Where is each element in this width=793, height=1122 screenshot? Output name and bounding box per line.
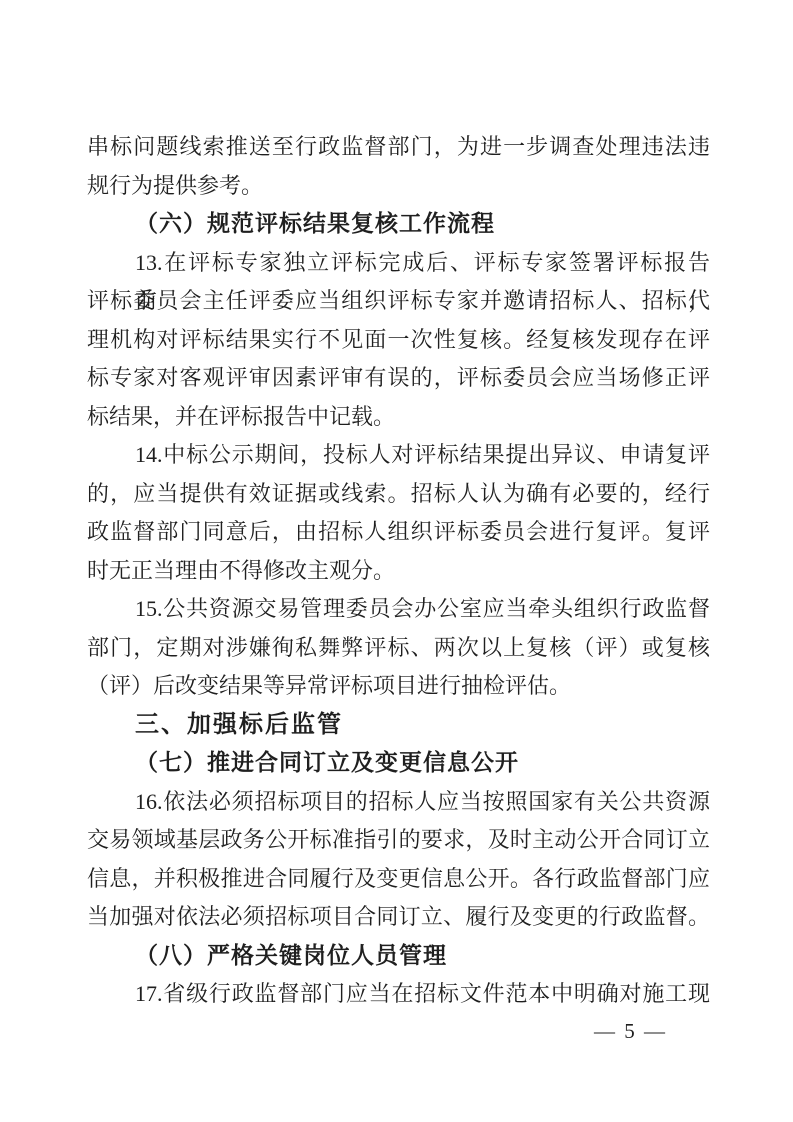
paragraph: 15.公共资源交易管理委员会办公室应当牵头组织行政监督部门，定期对涉嫌徇私舞弊评… [87, 590, 710, 706]
document-page: 串标问题线索推送至行政监督部门，为进一步调查处理违法违规行为提供参考。（六）规范… [0, 0, 793, 1122]
paragraph-line: 政监督部门同意后，由招标人组织评标委员会进行复评。复评 [87, 513, 710, 552]
paragraph: 17.省级行政监督部门应当在招标文件范本中明确对施工现 [87, 975, 710, 1014]
paragraph-line: 评标委员会主任评委应当组织评标专家并邀请招标人、招标代 [87, 282, 710, 321]
paragraph-line: 标结果，并在评标报告中记载。 [87, 398, 710, 437]
paragraph-line: 理机构对评标结果实行不见面一次性复核。经复核发现存在评 [87, 321, 710, 360]
paragraph-line: （评）后改变结果等异常评标项目进行抽检评估。 [87, 667, 710, 706]
page-number: — 5 — [594, 1012, 667, 1051]
paragraph-line: 当加强对依法必须招标项目合同订立、履行及变更的行政监督。 [87, 898, 710, 937]
paragraph-line: 时无正当理由不得修改主观分。 [87, 552, 710, 591]
paragraph: 14.中标公示期间，投标人对评标结果提出异议、申请复评的，应当提供有效证据或线索… [87, 436, 710, 590]
paragraph-line: 16.依法必须招标项目的招标人应当按照国家有关公共资源 [87, 783, 710, 822]
paragraph-line: 规行为提供参考。 [87, 167, 710, 206]
paragraph-line: 14.中标公示期间，投标人对评标结果提出异议、申请复评 [87, 436, 710, 475]
paragraph-line: 17.省级行政监督部门应当在招标文件范本中明确对施工现 [87, 975, 710, 1014]
subsection-heading: （七）推进合同订立及变更信息公开 [87, 744, 710, 783]
subsection-heading: （六）规范评标结果复核工作流程 [87, 205, 710, 244]
paragraph: 13.在评标专家独立评标完成后、评标专家签署评标报告前，评标委员会主任评委应当组… [87, 244, 710, 437]
paragraph-line: 信息，并积极推进合同履行及变更信息公开。各行政监督部门应 [87, 860, 710, 899]
subsection-heading: （八）严格关键岗位人员管理 [87, 937, 710, 976]
paragraph: 16.依法必须招标项目的招标人应当按照国家有关公共资源交易领域基层政务公开标准指… [87, 783, 710, 937]
paragraph-line: 串标问题线索推送至行政监督部门，为进一步调查处理违法违 [87, 128, 710, 167]
paragraph: 串标问题线索推送至行政监督部门，为进一步调查处理违法违规行为提供参考。 [87, 128, 710, 205]
paragraph-line: 部门，定期对涉嫌徇私舞弊评标、两次以上复核（评）或复核 [87, 629, 710, 668]
page-body: 串标问题线索推送至行政监督部门，为进一步调查处理违法违规行为提供参考。（六）规范… [87, 128, 710, 1014]
paragraph-line: 13.在评标专家独立评标完成后、评标专家签署评标报告前， [87, 244, 710, 283]
paragraph-line: 标专家对客观评审因素评审有误的，评标委员会应当场修正评 [87, 359, 710, 398]
paragraph-line: 15.公共资源交易管理委员会办公室应当牵头组织行政监督 [87, 590, 710, 629]
paragraph-line: 的，应当提供有效证据或线索。招标人认为确有必要的，经行 [87, 475, 710, 514]
section-heading: 三、加强标后监管 [87, 706, 710, 745]
paragraph-line: 交易领域基层政务公开标准指引的要求，及时主动公开合同订立 [87, 821, 710, 860]
